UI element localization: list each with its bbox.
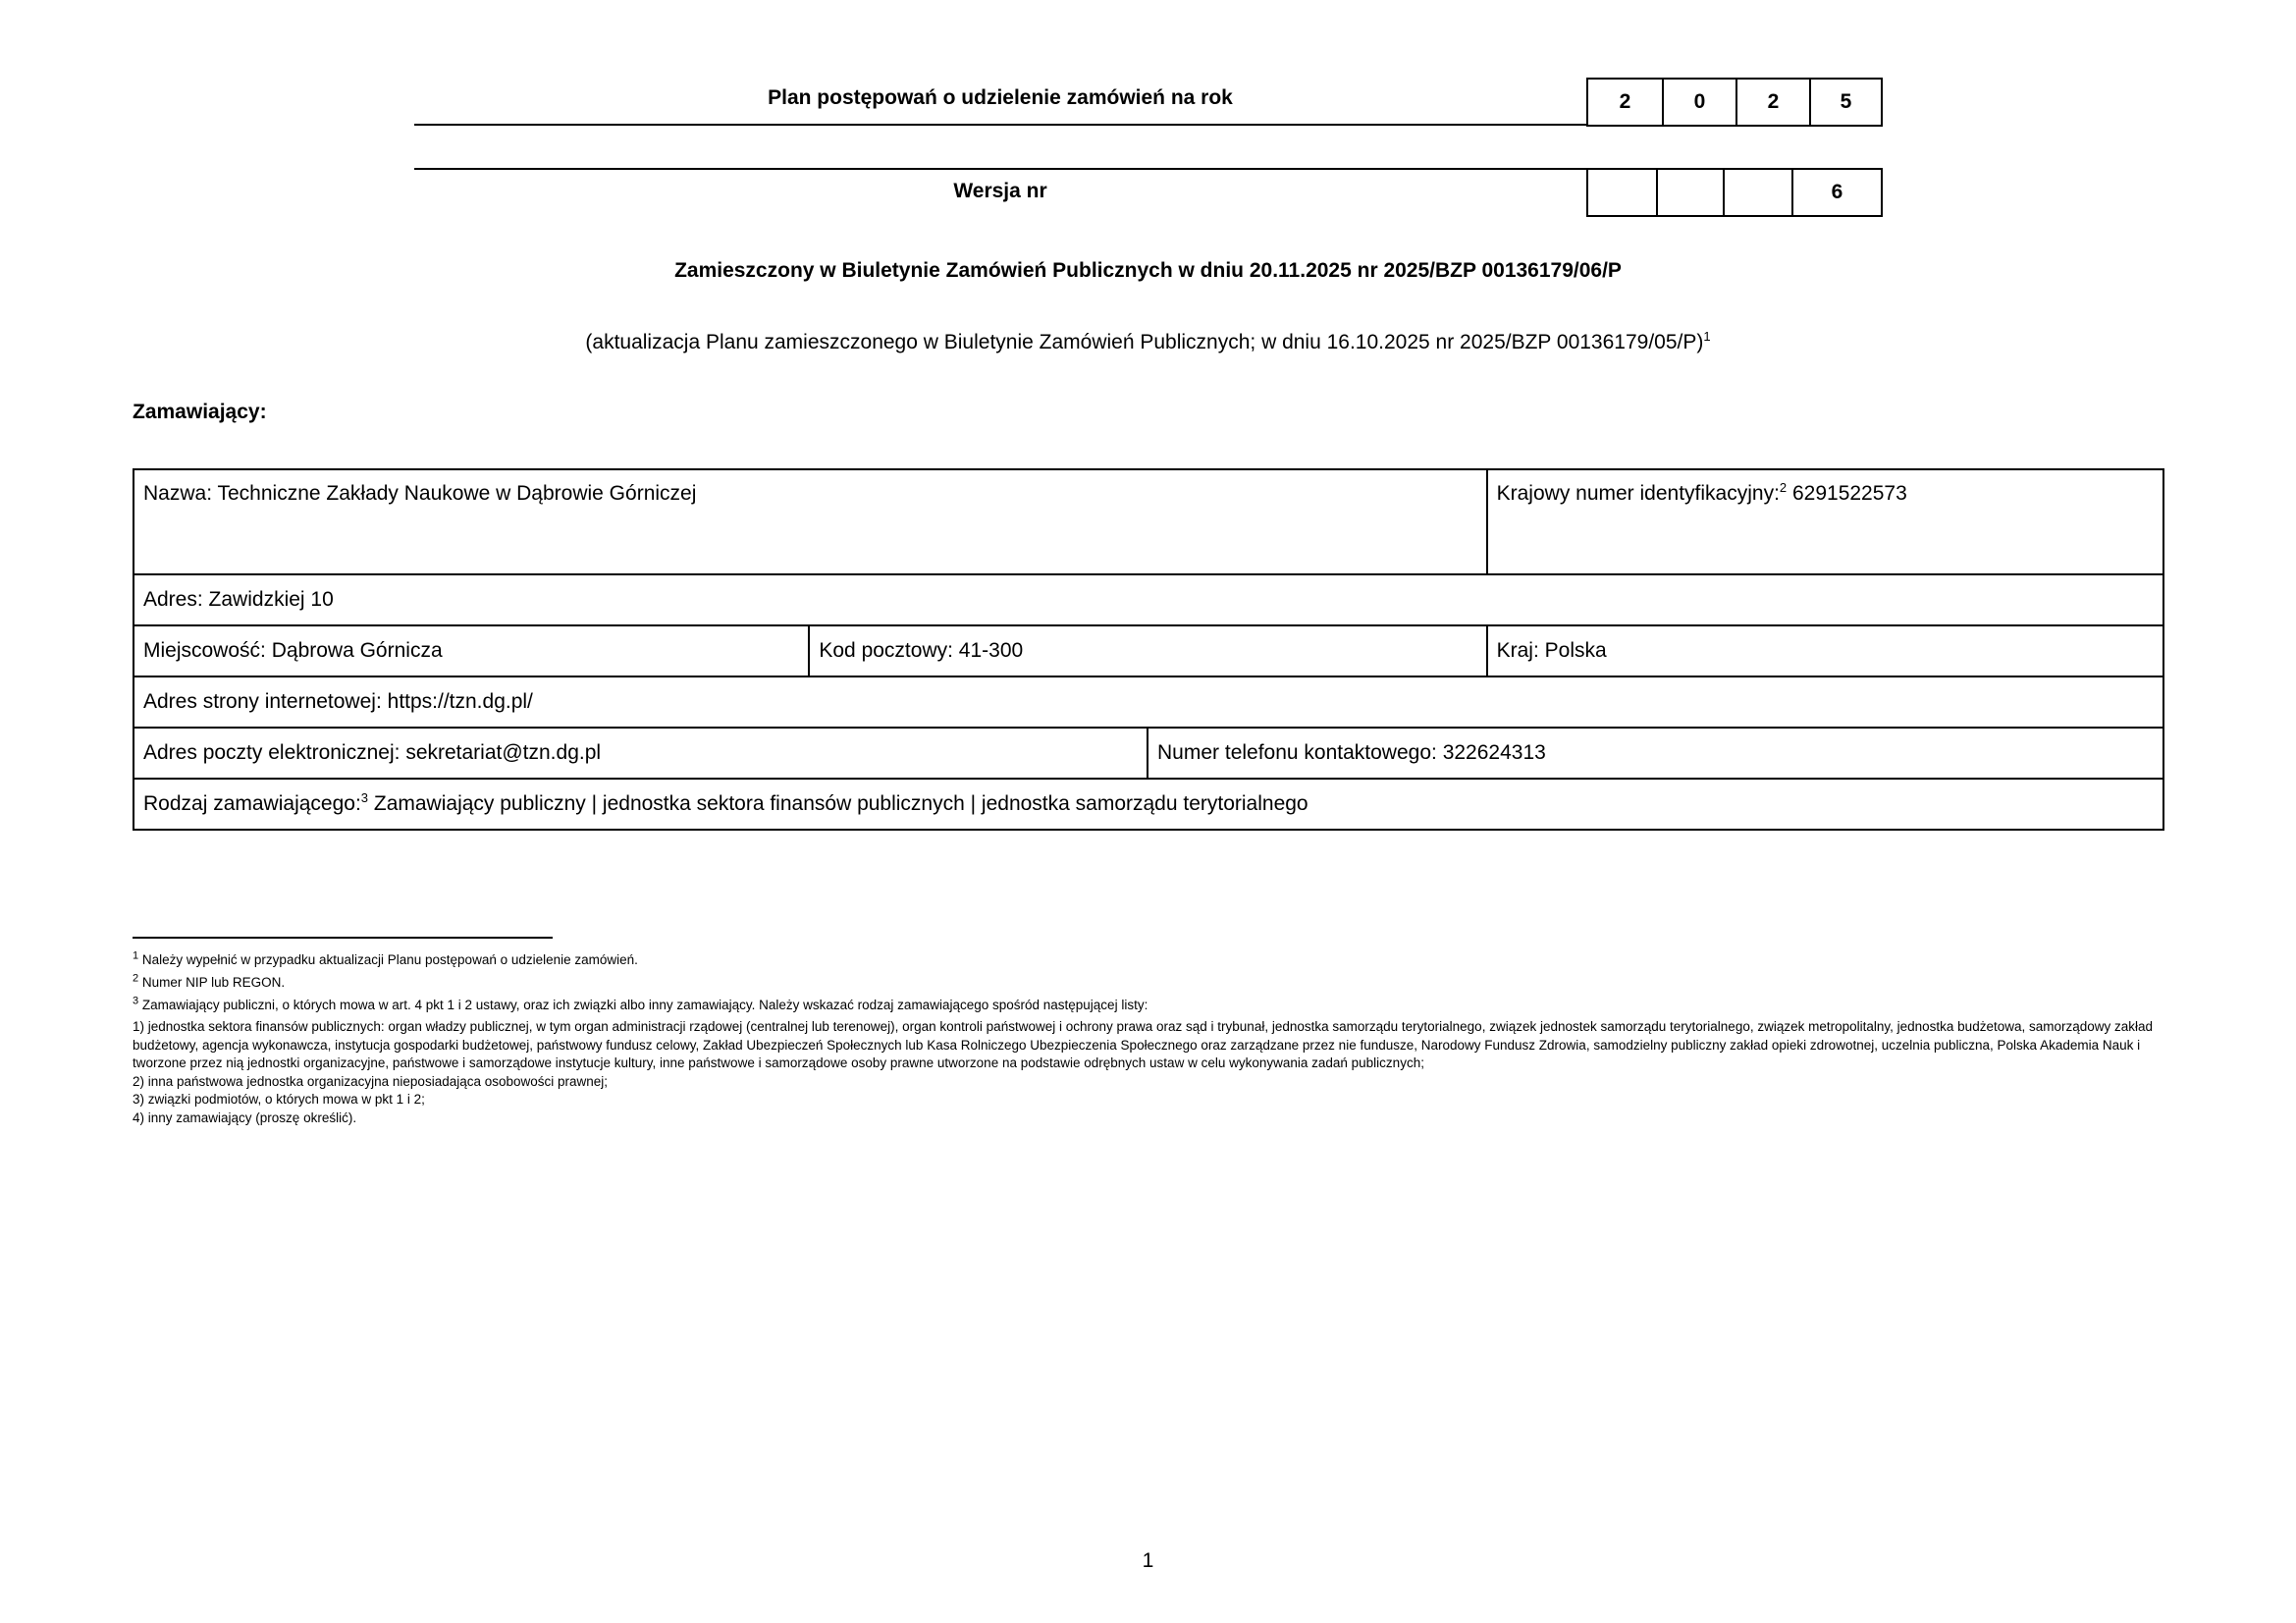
type-label: Rodzaj zamawiającego: <box>143 792 361 815</box>
address-label: Adres: <box>143 588 203 611</box>
footnote-number: 1 <box>133 950 138 962</box>
footnote-1: 1 Należy wypełnić w przypadku aktualizac… <box>133 950 2174 969</box>
table-row: Rodzaj zamawiającego:3 Zamawiający publi… <box>133 779 2163 830</box>
footnote-ref: 1 <box>1703 329 1710 344</box>
version-label: Wersja nr <box>414 180 1586 203</box>
name-cell: Nazwa: Techniczne Zakłady Naukowe w Dąbr… <box>133 469 1487 574</box>
id-label: Krajowy numer identyfikacyjny: <box>1497 482 1780 505</box>
version-digit-box <box>1588 170 1656 215</box>
footnote-list: 1) jednostka sektora finansów publicznyc… <box>133 1018 2174 1127</box>
footnote-3: 3 Zamawiający publiczni, o których mowa … <box>133 996 2174 1014</box>
phone-cell: Numer telefonu kontaktowego: 322624313 <box>1148 728 2163 779</box>
footnotes: 1 Należy wypełnić w przypadku aktualizac… <box>133 950 2174 1127</box>
page-number: 1 <box>0 1549 2296 1573</box>
footnote-list-item: 3) związki podmiotów, o których mowa w p… <box>133 1091 2174 1109</box>
footnote-list-item: 1) jednostka sektora finansów publicznyc… <box>133 1018 2174 1073</box>
table-row: Miejscowość: Dąbrowa Górnicza Kod poczto… <box>133 625 2163 676</box>
footnote-2: 2 Numer NIP lub REGON. <box>133 973 2174 992</box>
footnote-text: Należy wypełnić w przypadku aktualizacji… <box>142 952 638 967</box>
year-digit-box: 2 <box>1735 80 1809 125</box>
table-row: Nazwa: Techniczne Zakłady Naukowe w Dąbr… <box>133 469 2163 574</box>
phone-label: Numer telefonu kontaktowego: <box>1157 741 1437 764</box>
footnote-number: 2 <box>133 973 138 985</box>
version-digit-box <box>1656 170 1723 215</box>
year-digit-box: 2 <box>1588 80 1662 125</box>
footnote-ref: 3 <box>361 790 368 805</box>
email-label: Adres poczty elektronicznej: <box>143 741 400 764</box>
plan-title-rule <box>414 124 1588 126</box>
email-cell: Adres poczty elektronicznej: sekretariat… <box>133 728 1148 779</box>
type-value: Zamawiający publiczny | jednostka sektor… <box>374 792 1308 815</box>
table-row: Adres poczty elektronicznej: sekretariat… <box>133 728 2163 779</box>
plan-title: Plan postępowań o udzielenie zamówień na… <box>414 86 1586 110</box>
year-digit-box: 5 <box>1809 80 1881 125</box>
version-rule <box>414 168 1588 170</box>
country-cell: Kraj: Polska <box>1487 625 2163 676</box>
name-value: Techniczne Zakłady Naukowe w Dąbrowie Gó… <box>218 482 697 505</box>
version-digit-box: 6 <box>1791 170 1881 215</box>
website-value: https://tzn.dg.pl/ <box>388 690 533 713</box>
publication-line: Zamieszczony w Biuletynie Zamówień Publi… <box>0 259 2296 283</box>
footnote-ref: 2 <box>1780 480 1787 495</box>
country-value: Polska <box>1545 639 1607 662</box>
address-cell: Adres: Zawidzkiej 10 <box>133 574 2163 625</box>
email-value: sekretariat@tzn.dg.pl <box>405 741 601 764</box>
phone-value: 322624313 <box>1443 741 1546 764</box>
year-digit-box: 0 <box>1662 80 1735 125</box>
table-row: Adres strony internetowej: https://tzn.d… <box>133 676 2163 728</box>
update-line: (aktualizacja Planu zamieszczonego w Biu… <box>0 331 2296 354</box>
footnote-list-item: 2) inna państwowa jednostka organizacyjn… <box>133 1073 2174 1092</box>
footnote-separator <box>133 937 553 939</box>
year-boxes: 2 0 2 5 <box>1586 78 1883 127</box>
id-cell: Krajowy numer identyfikacyjny:2 62915225… <box>1487 469 2163 574</box>
footnote-list-item: 4) inny zamawiający (proszę określić). <box>133 1109 2174 1128</box>
update-line-text: (aktualizacja Planu zamieszczonego w Biu… <box>585 331 1703 353</box>
city-value: Dąbrowa Górnicza <box>272 639 443 662</box>
ordering-party-table: Nazwa: Techniczne Zakłady Naukowe w Dąbr… <box>133 468 2164 831</box>
website-label: Adres strony internetowej: <box>143 690 382 713</box>
address-value: Zawidzkiej 10 <box>209 588 334 611</box>
country-label: Kraj: <box>1497 639 1539 662</box>
footnote-text: Zamawiający publiczni, o których mowa w … <box>142 998 1148 1012</box>
table-row: Adres: Zawidzkiej 10 <box>133 574 2163 625</box>
name-label: Nazwa: <box>143 482 212 505</box>
footnote-text: Numer NIP lub REGON. <box>142 975 285 990</box>
city-label: Miejscowość: <box>143 639 266 662</box>
city-cell: Miejscowość: Dąbrowa Górnicza <box>133 625 809 676</box>
footnote-number: 3 <box>133 996 138 1007</box>
version-boxes: 6 <box>1586 168 1883 217</box>
type-cell: Rodzaj zamawiającego:3 Zamawiający publi… <box>133 779 2163 830</box>
version-digit-box <box>1723 170 1791 215</box>
ordering-party-label: Zamawiający: <box>133 401 267 424</box>
postal-cell: Kod pocztowy: 41-300 <box>809 625 1486 676</box>
postal-value: 41-300 <box>959 639 1023 662</box>
id-value: 6291522573 <box>1792 482 1907 505</box>
website-cell: Adres strony internetowej: https://tzn.d… <box>133 676 2163 728</box>
postal-label: Kod pocztowy: <box>819 639 953 662</box>
